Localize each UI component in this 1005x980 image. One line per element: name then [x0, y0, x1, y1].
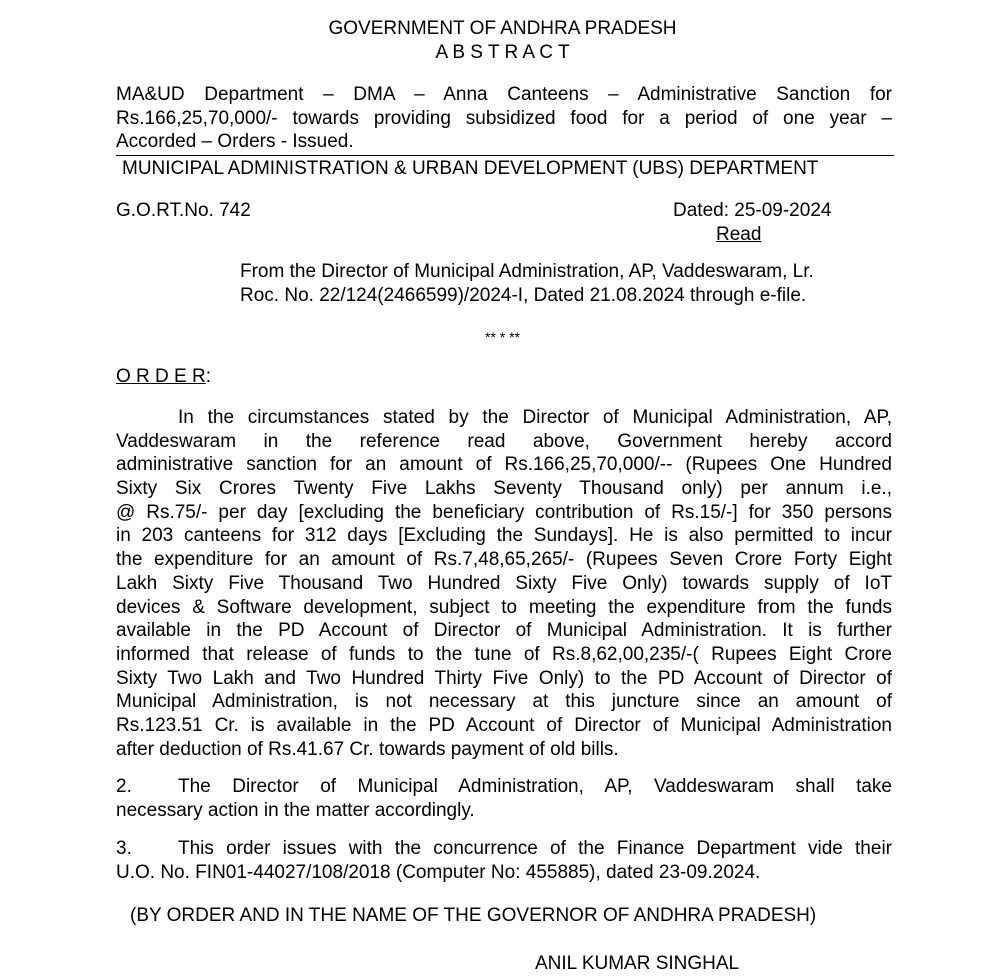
paragraph-line: informed that release of funds to the tu…: [116, 643, 892, 667]
paragraph-3: 3. This order issues with the concurrenc…: [116, 837, 892, 884]
subject: MA&UD Department – DMA – Anna Canteens –…: [116, 83, 892, 154]
paragraph-line: after deduction of Rs.41.67 Cr. towards …: [116, 738, 892, 762]
paragraph-line: Municipal Administration, is not necessa…: [116, 690, 892, 714]
paragraph-line: Rs.123.51 Cr. is available in the PD Acc…: [116, 714, 892, 738]
paragraph-line: This order issues with the concurrence o…: [178, 837, 892, 861]
order-heading: O R D E R:: [116, 365, 211, 389]
signatory-name: ANIL KUMAR SINGHAL: [535, 952, 739, 976]
paragraph-line: Sixty Two Lakh and Two Hundred Thirty Fi…: [116, 667, 892, 691]
government-heading: GOVERNMENT OF ANDHRA PRADESH: [0, 17, 1005, 41]
reference: From the Director of Municipal Administr…: [240, 260, 894, 307]
reference-line: From the Director of Municipal Administr…: [240, 260, 894, 284]
reference-line: Roc. No. 22/124(2466599)/2024-I, Dated 2…: [240, 284, 894, 308]
paragraph-line: available in the PD Account of Director …: [116, 619, 892, 643]
paragraph-line: U.O. No. FIN01-44027/108/2018 (Computer …: [116, 861, 892, 885]
paragraph-line: in 203 canteens for 312 days [Excluding …: [116, 524, 892, 548]
abstract-heading: A B S T R A C T: [0, 41, 1005, 65]
subject-line: MA&UD Department – DMA – Anna Canteens –…: [116, 83, 892, 107]
paragraph-line: necessary action in the matter according…: [116, 799, 892, 823]
separator-asterisks: ** * **: [0, 325, 1005, 349]
paragraph-line: The Director of Municipal Administration…: [178, 775, 892, 799]
paragraph-number: 3.: [116, 837, 132, 861]
department-name: MUNICIPAL ADMINISTRATION & URBAN DEVELOP…: [122, 157, 818, 181]
paragraph-line: administrative sanction for an amount of…: [116, 453, 892, 477]
paragraph-line: devices & Software development, subject …: [116, 596, 892, 620]
paragraph-line: Sixty Six Crores Twenty Five Lakhs Seven…: [116, 477, 892, 501]
paragraph-line: Vaddeswaram in the reference read above,…: [116, 430, 892, 454]
paragraph-2: 2. The Director of Municipal Administrat…: [116, 775, 892, 822]
read-label: Read: [716, 223, 761, 247]
paragraph-line: In the circumstances stated by the Direc…: [116, 406, 892, 430]
paragraph-line: the expenditure for an amount of Rs.7,48…: [116, 548, 892, 572]
divider-line: [116, 155, 894, 156]
paragraph-1: In the circumstances stated by the Direc…: [116, 406, 892, 761]
paragraph-line: @ Rs.75/- per day [excluding the benefic…: [116, 501, 892, 525]
closing-statement: (BY ORDER AND IN THE NAME OF THE GOVERNO…: [130, 904, 816, 928]
paragraph-line: Lakh Sixty Five Thousand Two Hundred Six…: [116, 572, 892, 596]
go-date: Dated: 25-09-2024: [673, 199, 831, 223]
go-number: G.O.RT.No. 742: [116, 199, 251, 223]
subject-line: Rs.166,25,70,000/- towards providing sub…: [116, 107, 892, 131]
paragraph-number: 2.: [116, 775, 132, 799]
subject-line: Accorded – Orders - Issued.: [116, 130, 892, 154]
